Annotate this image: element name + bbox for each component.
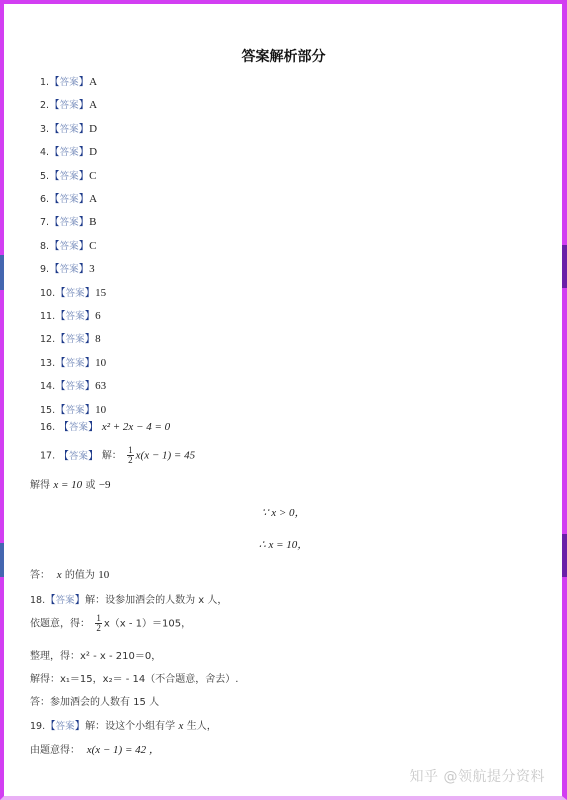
answer-tag: 【答案】 [45,594,85,606]
item-number: 5. [40,171,49,182]
denominator: 2 [127,456,134,465]
denominator: 2 [95,624,102,633]
answer-tag: 【答案】 [49,240,89,252]
answer-value: A [89,76,97,88]
answer-value: 6 [95,310,101,322]
item-number: 13. [40,358,55,369]
answer-tag: 【答案】 [49,216,89,228]
item-number: 15. [40,405,55,416]
label: 或 [86,480,96,491]
answer-item: 1.【答案】A [40,74,97,89]
answer-item: 10.【答案】15 [40,285,106,300]
label: 答： [30,570,50,581]
frame-accent-left-2 [0,543,4,577]
text: 生人， [187,721,217,732]
answer-item: 5.【答案】C [40,168,96,183]
answer-tag: 【答案】 [55,404,95,416]
answer-item: 2.【答案】A [40,97,97,112]
answer-value: 10 [95,357,106,369]
frame-accent-left-1 [0,255,4,290]
answer-item-19: 19.【答案】解：设这个小组有学 x 生人， [30,717,217,733]
text: 解：设这个小组有学 [85,721,175,732]
item-number: 19. [30,721,45,732]
item-number: 2. [40,100,49,111]
answer-tag: 【答案】 [55,310,95,322]
equation: x（x - 1）＝105， [104,619,191,630]
value: 10 [98,569,109,581]
item-number: 9. [40,264,49,275]
variable: x [57,569,62,581]
solution-line: 由题意得： x(x − 1) = 42 ， [30,741,160,757]
label: 的值为 [65,570,95,581]
watermark: 知乎 @领航提分资料 [410,766,545,786]
answer-tag-label: 答案 [60,147,79,158]
label: 由题意得： [30,745,80,756]
answer-item: 14.【答案】63 [40,378,106,393]
answer-item: 6.【答案】A [40,191,97,206]
solution-line: 依题意，得： 12x（x - 1）＝105， [30,614,191,633]
answer-item-16: 16. 【答案】 x² + 2x − 4 = 0 [40,419,170,434]
answer-tag-label: 答案 [66,288,85,299]
answer-value: 8 [95,333,101,345]
answer-value: 10 [95,404,106,416]
answer-tag-label: 答案 [69,451,88,462]
answer-value: D [89,123,97,135]
answer-tag-label: 答案 [60,100,79,111]
solution-line: 整理，得：x² - x - 210＝0， [30,647,161,662]
answer-tag: 【答案】 [49,123,89,135]
answer-item-18: 18.【答案】解：设参加酒会的人数为 x 人， [30,591,227,607]
answer-value: A [89,193,97,205]
answer-value: 3 [89,263,95,275]
label: 解得 [30,480,50,491]
item-number: 11. [40,311,55,322]
answer-tag: 【答案】 [55,357,95,369]
item-number: 10. [40,288,55,299]
answer-line: 答：参加酒会的人数有 15 人 [30,693,159,708]
answer-tag: 【答案】 [49,263,89,275]
answer-tag: 【答案】 [49,146,89,158]
answer-tag-label: 答案 [66,311,85,322]
answer-value: A [89,99,97,111]
answer-tag: 【答案】 [49,193,89,205]
answer-tag-label: 答案 [66,358,85,369]
answer-value: D [89,146,97,158]
answer-tag-label: 答案 [60,77,79,88]
answer-tag-label: 答案 [60,171,79,182]
label: 依题意，得： [30,619,90,630]
answer-tag: 【答案】 [49,99,89,111]
answer-item: 4.【答案】D [40,144,97,159]
answer-item-17: 17. 【答案】 解： 12x(x − 1) = 45 [40,446,195,465]
answer-item: 12.【答案】8 [40,331,101,346]
answer-tag-label: 答案 [60,124,79,135]
therefore-line: ∴ x = 10， [14,536,553,552]
answer-tag-label: 答案 [66,334,85,345]
item-number: 17. [40,451,55,462]
answer-tag: 【答案】 [45,720,85,732]
answer-tag-label: 答案 [60,217,79,228]
answer-tag-label: 答案 [56,721,75,732]
solution-line: 解得 x = 10 或 −9 [30,476,111,491]
answer-tag: 【答案】 [49,76,89,88]
solution-line: 解得：x₁＝15，x₂＝ - 14（不合题意，舍去）. [30,670,238,685]
answer-tag: 【答案】 [55,333,95,345]
answer-item: 3.【答案】D [40,121,97,136]
page-title: 答案解析部分 [14,46,553,66]
equation: x(x − 1) = 42 ， [87,744,160,756]
item-number: 18. [30,595,45,606]
answer-tag: 【答案】 [49,170,89,182]
answer-tag-label: 答案 [60,264,79,275]
answer-item: 15.【答案】10 [40,402,106,417]
because-line: ∵ x > 0， [14,504,553,520]
text: 解：设参加酒会的人数为 x 人， [85,595,227,606]
answer-tag: 【答案】 [55,380,95,392]
equation: x(x − 1) = 45 [136,450,195,462]
variable: x [178,720,183,732]
frame-accent-right-1 [562,245,567,288]
item-number: 16. [40,422,55,433]
item-number: 12. [40,334,55,345]
answer-tag: 【答案】 [58,421,98,433]
equation: x = 10 [53,479,82,491]
fraction: 12 [127,446,134,465]
item-number: 4. [40,147,49,158]
answer-value: C [89,240,96,252]
item-number: 8. [40,241,49,252]
answer-value: 15 [95,287,106,299]
answer-tag-label: 答案 [66,381,85,392]
item-number: 7. [40,217,49,228]
answer-value: B [89,216,96,228]
solve-prefix: 解： [102,451,122,462]
answer-item: 7.【答案】B [40,214,96,229]
answer-tag-label: 答案 [60,241,79,252]
answer-tag-label: 答案 [69,422,88,433]
answer-item: 8.【答案】C [40,238,96,253]
document-page: 答案解析部分 1.【答案】A2.【答案】A3.【答案】D4.【答案】D5.【答案… [14,10,553,790]
value: −9 [99,479,111,491]
item-number: 14. [40,381,55,392]
answer-item: 13.【答案】10 [40,355,106,370]
answer-tag: 【答案】 [58,450,98,462]
equation: x² + 2x − 4 = 0 [102,421,170,433]
answer-tag-label: 答案 [60,194,79,205]
answer-tag: 【答案】 [55,287,95,299]
item-number: 6. [40,194,49,205]
answer-tag-label: 答案 [66,405,85,416]
frame-accent-right-2 [562,534,567,577]
answer-item: 11.【答案】6 [40,308,101,323]
item-number: 3. [40,124,49,135]
answer-tag-label: 答案 [56,595,75,606]
answer-value: 63 [95,380,106,392]
fraction: 12 [95,614,102,633]
answer-line: 答： x 的值为 10 [30,566,109,581]
answer-item: 9.【答案】3 [40,261,95,276]
answer-value: C [89,170,96,182]
item-number: 1. [40,77,49,88]
